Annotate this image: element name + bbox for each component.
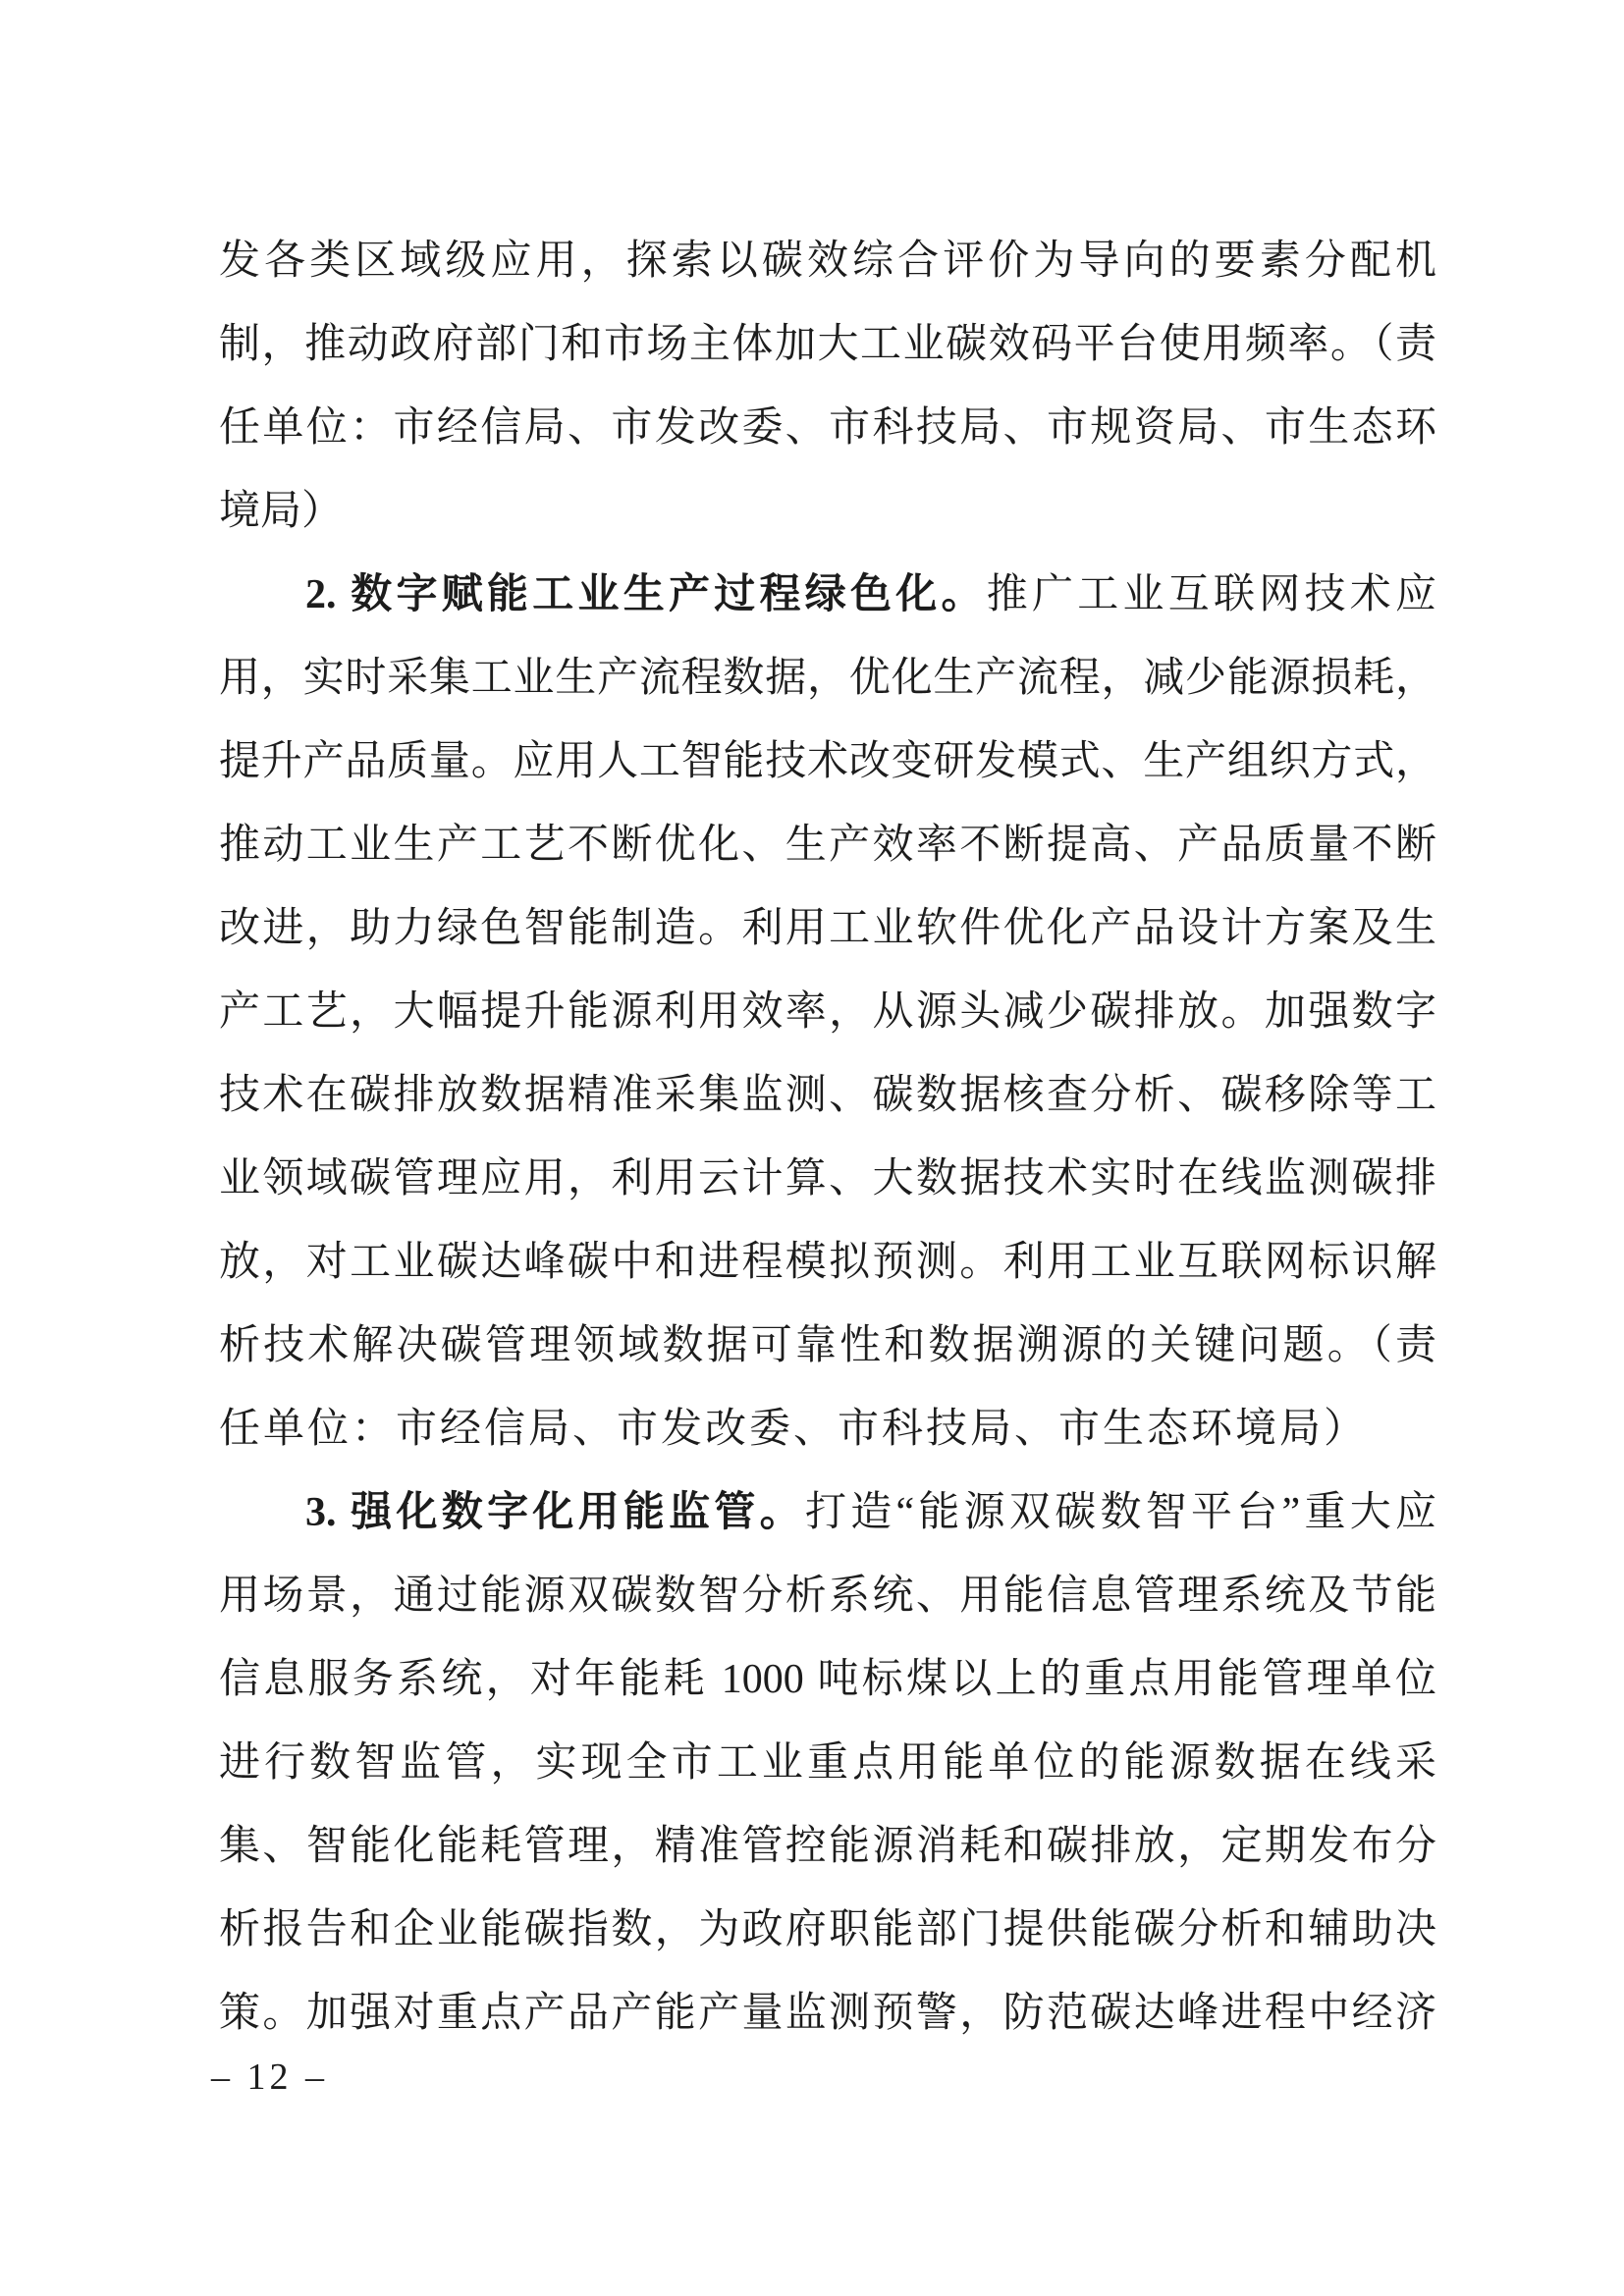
text-line: 3. 强化数字化用能监管。打造“能源双碳数智平台”重大应 <box>219 1471 1436 1555</box>
text-run: 进行数智监管，实现全市工业重点用能单位的能源数据在线采 <box>219 1740 1436 1786</box>
text-run: 用场景，通过能源双碳数智分析系统、用能信息管理系统及节能 <box>219 1574 1436 1619</box>
text-line: 集、智能化能耗管理，精准管控能源消耗和碳排放，定期发布分 <box>219 1805 1436 1889</box>
text-run: 产工艺，大幅提升能源利用效率，从源头减少碳排放。加强数字 <box>219 989 1436 1035</box>
text-run: 析技术解决碳管理领域数据可靠性和数据溯源的关键问题。（责 <box>219 1323 1436 1368</box>
text-run: 任单位：市经信局、市发改委、市科技局、市生态环境局） <box>219 1407 1368 1452</box>
text-line: 提升产品质量。应用人工智能技术改变研发模式、生产组织方式， <box>219 721 1436 804</box>
text-line: 用场景，通过能源双碳数智分析系统、用能信息管理系统及节能 <box>219 1555 1436 1638</box>
text-run: 业领域碳管理应用，利用云计算、大数据技术实时在线监测碳排 <box>219 1156 1436 1201</box>
text-run: 信息服务系统，对年能耗 1000 吨标煤以上的重点用能管理单位 <box>219 1657 1436 1702</box>
text-line: 策。加强对重点产品产能产量监测预警，防范碳达峰进程中经济 <box>219 1972 1436 2056</box>
text-line: 析技术解决碳管理领域数据可靠性和数据溯源的关键问题。（责 <box>219 1305 1436 1388</box>
text-run: 策。加强对重点产品产能产量监测预警，防范碳达峰进程中经济 <box>219 1991 1436 2036</box>
text-run: 推广工业互联网技术应 <box>987 572 1436 617</box>
section-heading: 3. 强化数字化用能监管。 <box>305 1490 805 1535</box>
text-run: 任单位：市经信局、市发改委、市科技局、市规资局、市生态环 <box>219 405 1436 451</box>
text-run: 发各类区域级应用，探索以碳效综合评价为导向的要素分配机 <box>219 239 1436 284</box>
text-line: 业领域碳管理应用，利用云计算、大数据技术实时在线监测碳排 <box>219 1138 1436 1221</box>
text-line: 境局） <box>219 470 1436 554</box>
text-line: 析报告和企业能碳指数，为政府职能部门提供能碳分析和辅助决 <box>219 1889 1436 1972</box>
text-line: 2. 数字赋能工业生产过程绿色化。推广工业互联网技术应 <box>219 554 1436 637</box>
page-number: – 12 – <box>211 2050 328 2105</box>
text-line: 发各类区域级应用，探索以碳效综合评价为导向的要素分配机 <box>219 220 1436 303</box>
text-run: 制，推动政府部门和市场主体加大工业碳效码平台使用频率。（责 <box>219 322 1436 367</box>
text-run: 打造“能源双碳数智平台”重大应 <box>805 1490 1436 1535</box>
text-line: 任单位：市经信局、市发改委、市科技局、市生态环境局） <box>219 1388 1436 1471</box>
document-page: 发各类区域级应用，探索以碳效综合评价为导向的要素分配机制，推动政府部门和市场主体… <box>0 0 1624 2296</box>
text-run: 改进，助力绿色智能制造。利用工业软件优化产品设计方案及生 <box>219 906 1436 951</box>
text-line: 技术在碳排放数据精准采集监测、碳数据核查分析、碳移除等工 <box>219 1054 1436 1138</box>
text-run: 境局） <box>219 489 343 534</box>
text-run: 用，实时采集工业生产流程数据，优化生产流程，减少能源损耗， <box>219 656 1436 701</box>
text-run: 集、智能化能耗管理，精准管控能源消耗和碳排放，定期发布分 <box>219 1824 1436 1869</box>
text-line: 制，推动政府部门和市场主体加大工业碳效码平台使用频率。（责 <box>219 303 1436 387</box>
text-run: 放，对工业碳达峰碳中和进程模拟预测。利用工业互联网标识解 <box>219 1240 1436 1285</box>
text-line: 用，实时采集工业生产流程数据，优化生产流程，减少能源损耗， <box>219 637 1436 721</box>
text-run: 技术在碳排放数据精准采集监测、碳数据核查分析、碳移除等工 <box>219 1073 1436 1118</box>
section-heading: 2. 数字赋能工业生产过程绿色化。 <box>305 572 987 617</box>
text-line: 任单位：市经信局、市发改委、市科技局、市规资局、市生态环 <box>219 387 1436 470</box>
text-line: 信息服务系统，对年能耗 1000 吨标煤以上的重点用能管理单位 <box>219 1638 1436 1722</box>
text-run: 提升产品质量。应用人工智能技术改变研发模式、生产组织方式， <box>219 739 1436 784</box>
text-line: 改进，助力绿色智能制造。利用工业软件优化产品设计方案及生 <box>219 887 1436 971</box>
text-run: 析报告和企业能碳指数，为政府职能部门提供能碳分析和辅助决 <box>219 1907 1436 1952</box>
text-line: 推动工业生产工艺不断优化、生产效率不断提高、产品质量不断 <box>219 804 1436 887</box>
text-line: 放，对工业碳达峰碳中和进程模拟预测。利用工业互联网标识解 <box>219 1221 1436 1305</box>
text-line: 产工艺，大幅提升能源利用效率，从源头减少碳排放。加强数字 <box>219 971 1436 1054</box>
text-run: 推动工业生产工艺不断优化、生产效率不断提高、产品质量不断 <box>219 823 1436 868</box>
text-line: 进行数智监管，实现全市工业重点用能单位的能源数据在线采 <box>219 1722 1436 1805</box>
document-body: 发各类区域级应用，探索以碳效综合评价为导向的要素分配机制，推动政府部门和市场主体… <box>219 220 1436 2056</box>
